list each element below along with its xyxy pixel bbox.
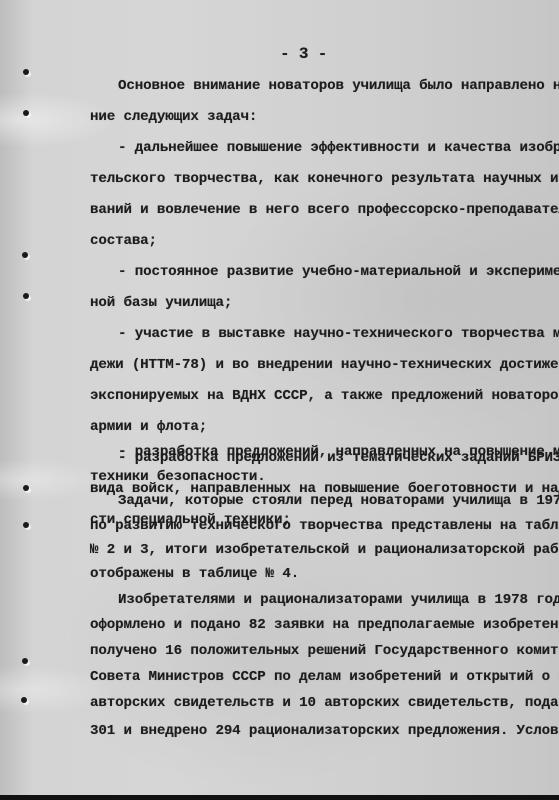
text-line: авторских свидетельств и 10 авторских св… — [90, 694, 559, 712]
text-line: Изобретателями и рационализаторами учили… — [118, 591, 559, 609]
text-line: ваний и вовлечение в него всего профессо… — [90, 201, 559, 219]
text-line: техники безопасности. — [90, 468, 266, 486]
binding-hole-mark — [22, 658, 28, 664]
text-line: - дальнейшее повышение эффективности и к… — [118, 139, 559, 157]
text-line: ние следующих задач: — [90, 108, 257, 126]
binding-hole-mark — [21, 697, 27, 703]
text-line: Задачи, которые стояли перед новаторами … — [118, 492, 559, 510]
text-line: ной базы училища; — [90, 294, 232, 312]
text-line: № 2 и 3, итоги изобретательской и рацион… — [90, 541, 559, 559]
text-line: дежи (НТТМ-78) и во внедрении научно-тех… — [90, 356, 559, 374]
text-line: 301 и внедрено 294 рационализаторских пр… — [90, 722, 559, 740]
text-line: Основное внимание новаторов училища было… — [118, 77, 559, 95]
text-line: - участие в выставке научно-технического… — [118, 325, 559, 343]
binding-hole-mark — [23, 485, 29, 491]
text-line: - постоянное развитие учебно-материально… — [118, 263, 559, 281]
scan-edge — [0, 795, 559, 800]
text-line: армии и флота; — [90, 418, 207, 436]
binding-hole-mark — [23, 293, 29, 299]
page-number: - 3 - — [280, 45, 327, 63]
text-line: отображены в таблице № 4. — [90, 565, 299, 583]
text-line: состава; — [90, 232, 157, 250]
text-line: по развитию технического творчества пред… — [90, 517, 559, 535]
text-line: получено 16 положительных решений Госуда… — [90, 642, 559, 660]
text-line: Совета Министров СССР по делам изобретен… — [90, 668, 559, 686]
text-line: тельского творчества, как конечного резу… — [90, 170, 559, 188]
binding-hole-mark — [22, 252, 28, 258]
text-line: оформлено и подано 82 заявки на предпола… — [90, 616, 559, 634]
text-line: экспонируемых на ВДНХ СССР, а также пред… — [90, 387, 559, 405]
document-page: - 3 - Основное внимание новаторов училищ… — [0, 0, 559, 795]
binding-hole-mark — [23, 522, 29, 528]
text-line: - разработка предложений, направленных н… — [118, 443, 559, 461]
binding-hole-mark — [23, 110, 29, 116]
binding-hole-mark — [23, 69, 29, 75]
